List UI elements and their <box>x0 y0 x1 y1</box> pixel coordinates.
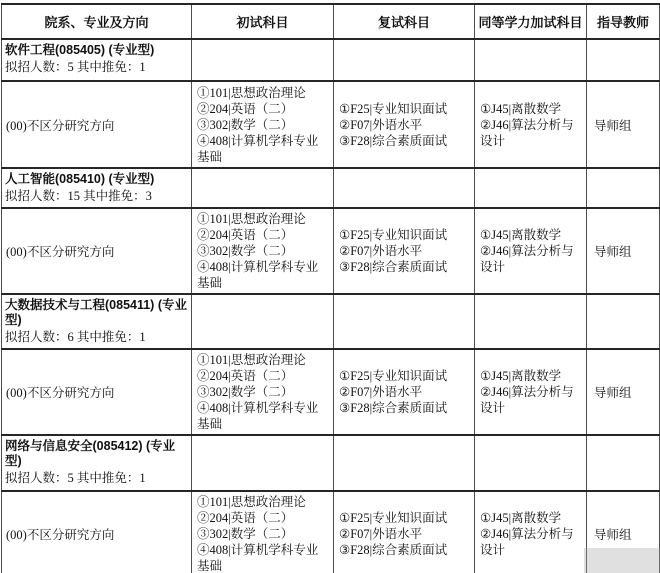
empty-cell <box>475 39 587 81</box>
subject-line: ④408|计算机学科专业基础 <box>197 400 330 432</box>
initial-subjects-cell: ①101|思想政治理论 ②204|英语（二） ③302|数学（二） ④408|计… <box>192 81 334 168</box>
header-initial-subjects: 初试科目 <box>192 4 334 39</box>
initial-subjects-cell: ①101|思想政治理论 ②204|英语（二） ③302|数学（二） ④408|计… <box>192 208 334 294</box>
program-data-row: (00)不区分研究方向 ①101|思想政治理论 ②204|英语（二） ③302|… <box>2 349 660 435</box>
initial-subjects-cell: ①101|思想政治理论 ②204|英语（二） ③302|数学（二） ④408|计… <box>192 491 334 573</box>
empty-cell <box>587 435 660 491</box>
subject-line: ①101|思想政治理论 <box>197 85 330 101</box>
empty-cell <box>334 294 475 349</box>
program-title-cell: 大数据技术与工程(085411) (专业型) 拟招人数：6 其中推免：1 <box>2 294 192 349</box>
header-retest-subjects: 复试科目 <box>334 4 475 39</box>
header-advisor: 指导教师 <box>587 4 660 39</box>
equivalency-subjects-cell: ①J45|离散数学 ②J46|算法分析与设计 <box>475 81 587 168</box>
program-quota: 拟招人数：5 其中推免：1 <box>5 470 187 486</box>
program-title-cell: 软件工程(085405) (专业型) 拟招人数：5 其中推免：1 <box>2 39 192 81</box>
subject-line: ②J46|算法分析与设计 <box>480 526 583 558</box>
empty-cell <box>475 435 587 491</box>
research-direction-cell: (00)不区分研究方向 <box>2 491 192 573</box>
subject-line: ③302|数学（二） <box>197 526 330 542</box>
subject-line: ③F28|综合素质面试 <box>339 259 471 275</box>
empty-cell <box>192 168 334 208</box>
retest-subjects-cell: ①F25|专业知识面试 ②F07|外语水平 ③F28|综合素质面试 <box>334 349 475 435</box>
research-direction: (00)不区分研究方向 <box>6 245 114 259</box>
subject-line: ④408|计算机学科专业基础 <box>197 259 330 291</box>
advisor-label: 导师组 <box>594 245 632 259</box>
subject-line: ②J46|算法分析与设计 <box>480 117 583 149</box>
subject-line: ①101|思想政治理论 <box>197 211 330 227</box>
research-direction-cell: (00)不区分研究方向 <box>2 208 192 294</box>
table-header-row: 院系、专业及方向 初试科目 复试科目 同等学力加试科目 指导教师 <box>2 4 660 39</box>
section-header-row: 软件工程(085405) (专业型) 拟招人数：5 其中推免：1 <box>2 39 660 81</box>
subject-line: ③F28|综合素质面试 <box>339 542 471 558</box>
empty-cell <box>334 39 475 81</box>
research-direction: (00)不区分研究方向 <box>6 386 114 400</box>
subject-line: ②J46|算法分析与设计 <box>480 384 583 416</box>
subject-line: ②J46|算法分析与设计 <box>480 243 583 275</box>
header-department-major: 院系、专业及方向 <box>2 4 192 39</box>
advisor-cell: 导师组 <box>587 81 660 168</box>
research-direction-cell: (00)不区分研究方向 <box>2 81 192 168</box>
subject-line: ①F25|专业知识面试 <box>339 510 471 526</box>
subject-line: ①F25|专业知识面试 <box>339 101 471 117</box>
subject-line: ①J45|离散数学 <box>480 510 583 526</box>
empty-cell <box>192 294 334 349</box>
research-direction: (00)不区分研究方向 <box>6 528 114 542</box>
program-title: 大数据技术与工程(085411) (专业型) <box>5 298 187 328</box>
admissions-table: 院系、专业及方向 初试科目 复试科目 同等学力加试科目 指导教师 软件工程(08… <box>1 3 660 573</box>
equivalency-subjects-cell: ①J45|离散数学 ②J46|算法分析与设计 <box>475 491 587 573</box>
advisor-cell: 导师组 <box>587 208 660 294</box>
initial-subjects-cell: ①101|思想政治理论 ②204|英语（二） ③302|数学（二） ④408|计… <box>192 349 334 435</box>
equivalency-subjects-cell: ①J45|离散数学 ②J46|算法分析与设计 <box>475 349 587 435</box>
subject-line: ②F07|外语水平 <box>339 243 471 259</box>
empty-cell <box>475 294 587 349</box>
program-title: 网络与信息安全(085412) (专业型) <box>5 439 187 469</box>
advisor-label: 导师组 <box>594 528 632 542</box>
retest-subjects-cell: ①F25|专业知识面试 ②F07|外语水平 ③F28|综合素质面试 <box>334 491 475 573</box>
program-data-row: (00)不区分研究方向 ①101|思想政治理论 ②204|英语（二） ③302|… <box>2 81 660 168</box>
subject-line: ③F28|综合素质面试 <box>339 133 471 149</box>
subject-line: ④408|计算机学科专业基础 <box>197 133 330 165</box>
empty-cell <box>587 39 660 81</box>
program-quota: 拟招人数：5 其中推免：1 <box>5 59 187 75</box>
subject-line: ②204|英语（二） <box>197 510 330 526</box>
research-direction-cell: (00)不区分研究方向 <box>2 349 192 435</box>
advisor-label: 导师组 <box>594 386 632 400</box>
subject-line: ①J45|离散数学 <box>480 227 583 243</box>
section-header-row: 网络与信息安全(085412) (专业型) 拟招人数：5 其中推免：1 <box>2 435 660 491</box>
subject-line: ①101|思想政治理论 <box>197 494 330 510</box>
advisor-cell: 导师组 <box>587 349 660 435</box>
empty-cell <box>587 168 660 208</box>
subject-line: ②204|英语（二） <box>197 227 330 243</box>
section-header-row: 人工智能(085410) (专业型) 拟招人数：15 其中推免：3 <box>2 168 660 208</box>
subject-line: ③302|数学（二） <box>197 117 330 133</box>
section-header-row: 大数据技术与工程(085411) (专业型) 拟招人数：6 其中推免：1 <box>2 294 660 349</box>
retest-subjects-cell: ①F25|专业知识面试 ②F07|外语水平 ③F28|综合素质面试 <box>334 81 475 168</box>
program-title-cell: 网络与信息安全(085412) (专业型) 拟招人数：5 其中推免：1 <box>2 435 192 491</box>
admissions-catalog-page: 院系、专业及方向 初试科目 复试科目 同等学力加试科目 指导教师 软件工程(08… <box>0 0 660 573</box>
program-title: 软件工程(085405) (专业型) <box>5 43 187 58</box>
program-title: 人工智能(085410) (专业型) <box>5 172 187 187</box>
subject-line: ③F28|综合素质面试 <box>339 400 471 416</box>
subject-line: ①J45|离散数学 <box>480 368 583 384</box>
subject-line: ②204|英语（二） <box>197 368 330 384</box>
program-data-row: (00)不区分研究方向 ①101|思想政治理论 ②204|英语（二） ③302|… <box>2 491 660 573</box>
empty-cell <box>192 435 334 491</box>
equivalency-subjects-cell: ①J45|离散数学 ②J46|算法分析与设计 <box>475 208 587 294</box>
header-equivalency-subjects: 同等学力加试科目 <box>475 4 587 39</box>
advisor-label: 导师组 <box>594 119 632 133</box>
program-data-row: (00)不区分研究方向 ①101|思想政治理论 ②204|英语（二） ③302|… <box>2 208 660 294</box>
empty-cell <box>475 168 587 208</box>
subject-line: ①J45|离散数学 <box>480 101 583 117</box>
program-title-cell: 人工智能(085410) (专业型) 拟招人数：15 其中推免：3 <box>2 168 192 208</box>
empty-cell <box>587 294 660 349</box>
subject-line: ①F25|专业知识面试 <box>339 227 471 243</box>
empty-cell <box>192 39 334 81</box>
subject-line: ②F07|外语水平 <box>339 526 471 542</box>
subject-line: ②F07|外语水平 <box>339 117 471 133</box>
empty-cell <box>334 435 475 491</box>
research-direction: (00)不区分研究方向 <box>6 119 114 133</box>
retest-subjects-cell: ①F25|专业知识面试 ②F07|外语水平 ③F28|综合素质面试 <box>334 208 475 294</box>
subject-line: ②204|英语（二） <box>197 101 330 117</box>
subject-line: ①F25|专业知识面试 <box>339 368 471 384</box>
subject-line: ②F07|外语水平 <box>339 384 471 400</box>
subject-line: ③302|数学（二） <box>197 243 330 259</box>
subject-line: ④408|计算机学科专业基础 <box>197 542 330 573</box>
empty-cell <box>334 168 475 208</box>
subject-line: ①101|思想政治理论 <box>197 352 330 368</box>
corner-artifact <box>584 548 660 573</box>
subject-line: ③302|数学（二） <box>197 384 330 400</box>
program-quota: 拟招人数：15 其中推免：3 <box>5 188 187 204</box>
program-quota: 拟招人数：6 其中推免：1 <box>5 329 187 345</box>
